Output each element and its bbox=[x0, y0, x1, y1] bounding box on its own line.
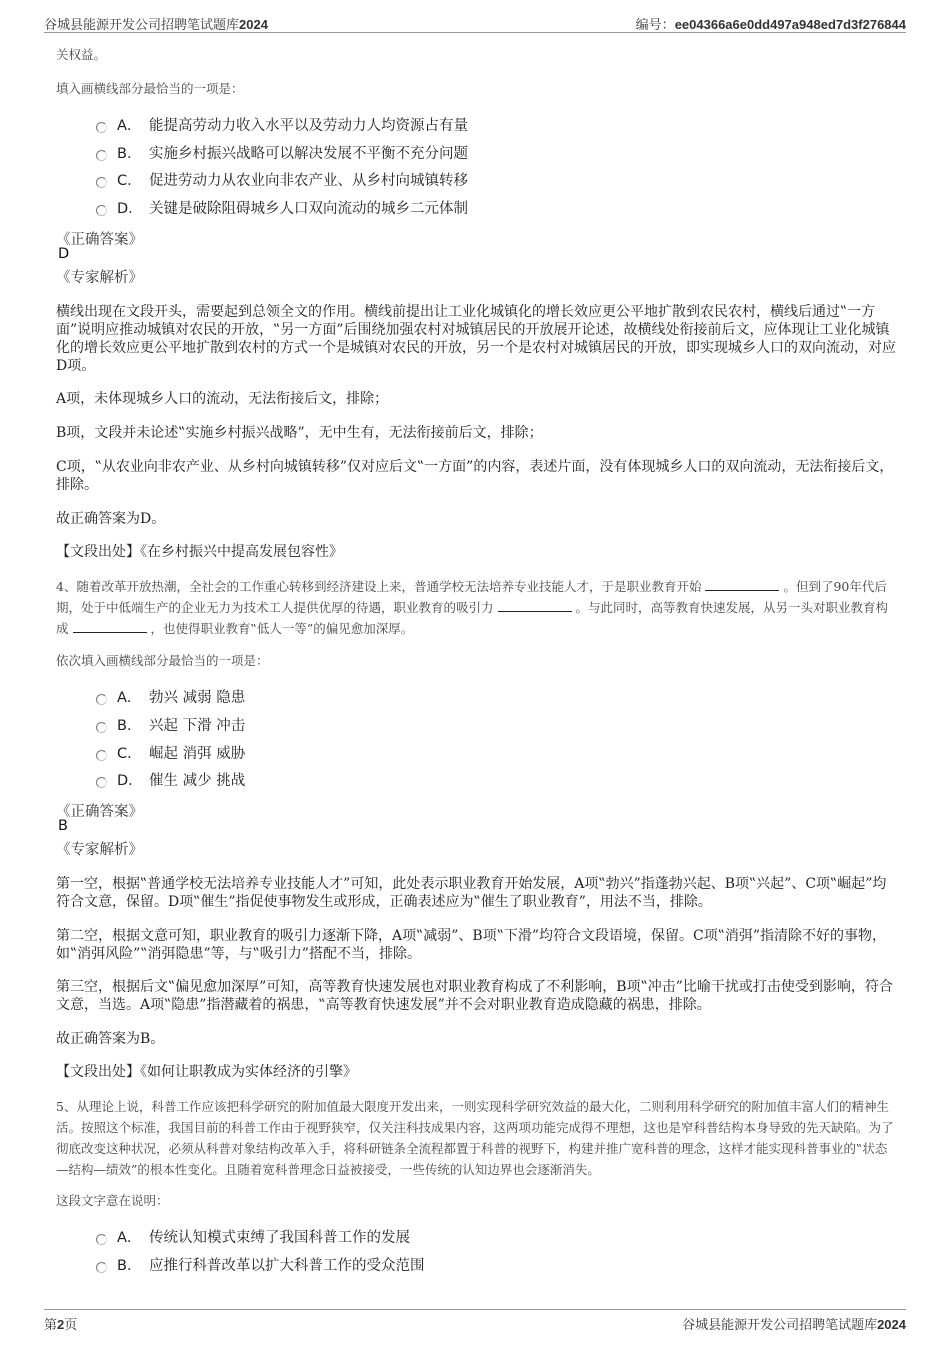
question-prompt: 填入画横线部分最恰当的一项是： bbox=[56, 78, 896, 99]
radio-icon[interactable] bbox=[96, 1262, 107, 1273]
option-d[interactable]: D．催生 减少 挑战 bbox=[96, 769, 245, 789]
option-c[interactable]: C．崛起 消弭 威胁 bbox=[96, 742, 245, 762]
option-a[interactable]: A．勃兴 减弱 隐患 bbox=[96, 686, 245, 706]
analysis-paragraph: B项，文段并未论述‟实施乡村振兴战略”，无中生有，无法衔接前后文，排除； bbox=[56, 424, 896, 442]
blank-line bbox=[705, 578, 779, 591]
radio-icon[interactable] bbox=[96, 1234, 107, 1245]
radio-icon[interactable] bbox=[96, 777, 107, 788]
doc-code: 编号：ee04366a6e0dd497a948ed7d3f276844 bbox=[636, 14, 906, 33]
radio-icon[interactable] bbox=[96, 722, 107, 733]
question-prompt: 这段文字意在说明： bbox=[56, 1190, 896, 1211]
page-footer: 第2页 谷城县能源开发公司招聘笔试题库2024 bbox=[44, 1309, 906, 1332]
answer-value: D bbox=[58, 246, 69, 262]
radio-icon[interactable] bbox=[96, 205, 107, 216]
question-stem: 4、随着改革开放热潮，全社会的工作重心转移到经济建设上来，普通学校无法培养专业技… bbox=[56, 576, 896, 639]
analysis-paragraph: 故正确答案为B。 bbox=[56, 1030, 896, 1048]
radio-icon[interactable] bbox=[96, 150, 107, 161]
analysis-paragraph: A项，未体现城乡人口的流动，无法衔接后文，排除； bbox=[56, 390, 896, 408]
page-header: 谷城县能源开发公司招聘笔试题库2024 编号：ee04366a6e0dd497a… bbox=[44, 12, 906, 33]
analysis-label: 《专家解析》 bbox=[56, 266, 143, 287]
option-b[interactable]: B．应推行科普改革以扩大科普工作的受众范围 bbox=[96, 1254, 425, 1274]
answer-value: B bbox=[58, 818, 68, 834]
analysis-paragraph: 第二空，根据文意可知，职业教育的吸引力逐渐下降，A项‟减弱”、B项‟下滑”均符合… bbox=[56, 927, 896, 963]
source-citation: 【文段出处】《在乡村振兴中提高发展包容性》 bbox=[56, 543, 896, 561]
page-number: 第2页 bbox=[44, 1314, 77, 1333]
question-stem-tail: 关权益。 bbox=[56, 44, 896, 65]
doc-title: 谷城县能源开发公司招聘笔试题库2024 bbox=[44, 14, 268, 33]
option-c[interactable]: C．促进劳动力从农业向非农产业、从乡村向城镇转移 bbox=[96, 169, 468, 189]
radio-icon[interactable] bbox=[96, 694, 107, 705]
radio-icon[interactable] bbox=[96, 750, 107, 761]
option-d[interactable]: D．关键是破除阻碍城乡人口双向流动的城乡二元体制 bbox=[96, 197, 468, 217]
analysis-paragraph: 横线出现在文段开头，需要起到总领全文的作用。横线前提出让工业化城镇化的增长效应更… bbox=[56, 303, 896, 375]
option-b[interactable]: B．兴起 下滑 冲击 bbox=[96, 714, 245, 734]
analysis-paragraph: 第三空，根据后文‟偏见愈加深厚”可知，高等教育快速发展也对职业教育构成了不利影响… bbox=[56, 978, 896, 1014]
analysis-paragraph: 故正确答案为D。 bbox=[56, 510, 896, 528]
option-b[interactable]: B．实施乡村振兴战略可以解决发展不平衡不充分问题 bbox=[96, 142, 468, 162]
analysis-paragraph: 第一空，根据‟普通学校无法培养专业技能人才”可知，此处表示职业教育开始发展，A项… bbox=[56, 875, 896, 911]
radio-icon[interactable] bbox=[96, 122, 107, 133]
option-a[interactable]: A．传统认知模式束缚了我国科普工作的发展 bbox=[96, 1226, 410, 1246]
source-citation: 【文段出处】《如何让职教成为实体经济的引擎》 bbox=[56, 1063, 896, 1081]
blank-line bbox=[498, 599, 572, 612]
footer-title: 谷城县能源开发公司招聘笔试题库2024 bbox=[682, 1314, 906, 1333]
radio-icon[interactable] bbox=[96, 177, 107, 188]
option-a[interactable]: A．能提高劳动力收入水平以及劳动力人均资源占有量 bbox=[96, 114, 468, 134]
blank-line bbox=[73, 620, 147, 633]
answer-label: 《正确答案》 bbox=[56, 800, 143, 821]
question-stem: 5、从理论上说，科普工作应该把科学研究的附加值最大限度开发出来，一则实现科学研究… bbox=[56, 1096, 896, 1180]
analysis-label: 《专家解析》 bbox=[56, 838, 143, 859]
question-prompt: 依次填入画横线部分最恰当的一项是： bbox=[56, 650, 896, 671]
analysis-paragraph: C项，‟从农业向非农产业、从乡村向城镇转移”仅对应后文‟一方面”的内容，表述片面… bbox=[56, 458, 896, 494]
